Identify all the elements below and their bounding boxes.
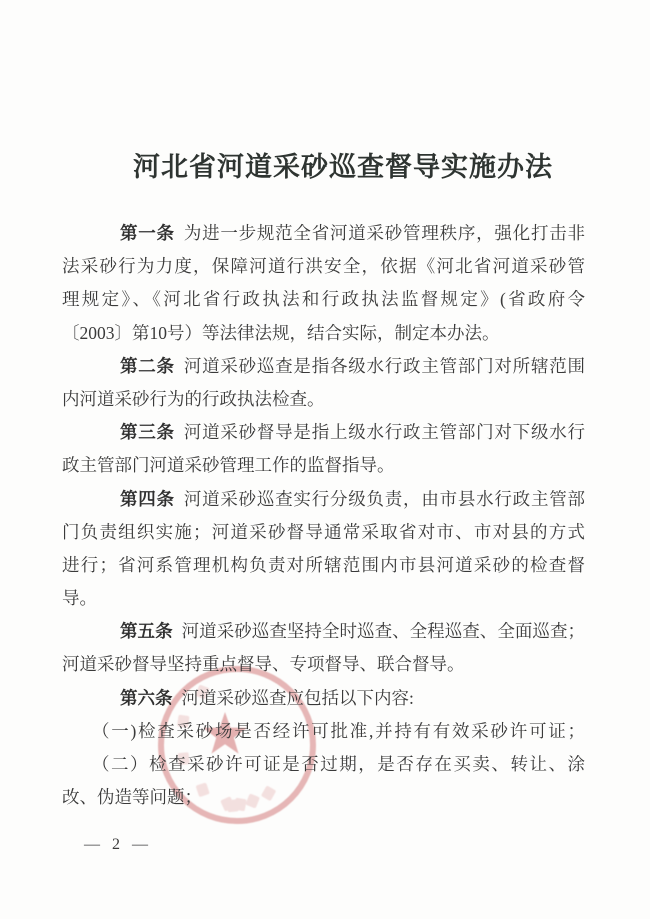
line-text: 政主管部门河道采砂管理工作的监督指导。 bbox=[62, 455, 395, 475]
text-line: 第四条河道采砂巡查实行分级负责，由市县水行政主管部 bbox=[62, 483, 585, 516]
line-text: 河道采砂督导坚持重点督导、专项督导、联合督导。 bbox=[62, 654, 465, 674]
line-text: 河道采砂巡查实行分级负责，由市县水行政主管部 bbox=[184, 489, 585, 509]
line-text: 内河道采砂行为的行政执法检查。 bbox=[62, 389, 325, 409]
article-number: 第三条 bbox=[120, 422, 175, 442]
line-text: 进行；省河系管理机构负责对所辖范围内市县河道采砂的检查督 bbox=[62, 555, 585, 575]
text-line: （二）检查采砂许可证是否过期，是否存在买卖、转让、涂 bbox=[62, 748, 585, 781]
article-number: 第二条 bbox=[120, 356, 175, 376]
text-line: 导。 bbox=[62, 582, 585, 615]
text-line: 门负责组织实施；河道采砂督导通常采取省对市、市对县的方式 bbox=[62, 516, 585, 549]
line-text: 〔2003〕第10号）等法律法规，结合实际，制定本办法。 bbox=[62, 323, 500, 343]
article-number: 第五条 bbox=[120, 621, 173, 641]
text-line: 法采砂行为力度，保障河道行洪安全，依据《河北省河道采砂管 bbox=[62, 250, 585, 283]
document-page: 河北省河道采砂巡查督导实施办法 第一条为进一步规范全省河道采砂管理秩序，强化打击… bbox=[0, 0, 650, 919]
document-title: 河北省河道采砂巡查督导实施办法 bbox=[18, 149, 650, 185]
text-line: 河道采砂督导坚持重点督导、专项督导、联合督导。 bbox=[62, 648, 585, 681]
text-line: 进行；省河系管理机构负责对所辖范围内市县河道采砂的检查督 bbox=[62, 549, 585, 582]
text-line: 第五条河道采砂巡查坚持全时巡查、全程巡查、全面巡查； bbox=[62, 615, 585, 648]
text-line: 改、伪造等问题； bbox=[62, 781, 585, 814]
text-line: 第三条河道采砂督导是指上级水行政主管部门对下级水行 bbox=[62, 416, 585, 449]
line-text: 河道采砂督导是指上级水行政主管部门对下级水行 bbox=[184, 422, 585, 442]
line-text: 门负责组织实施；河道采砂督导通常采取省对市、市对县的方式 bbox=[62, 522, 585, 542]
text-line: 理规定》、《河北省行政执法和行政执法监督规定》(省政府令 bbox=[62, 283, 585, 316]
line-text: 河道采砂巡查坚持全时巡查、全程巡查、全面巡查； bbox=[182, 621, 585, 641]
text-line: 内河道采砂行为的行政执法检查。 bbox=[62, 383, 585, 416]
line-text: 河道采砂巡查应包括以下内容: bbox=[182, 688, 414, 708]
line-text: 理规定》、《河北省行政执法和行政执法监督规定》(省政府令 bbox=[62, 289, 585, 309]
text-line: 第六条河道采砂巡查应包括以下内容: bbox=[62, 682, 585, 715]
line-text: （二）检查采砂许可证是否过期，是否存在买卖、转让、涂 bbox=[92, 754, 585, 774]
article-number: 第一条 bbox=[120, 223, 175, 243]
line-text: 河道采砂巡查是指各级水行政主管部门对所辖范围 bbox=[184, 356, 585, 376]
document-body: 第一条为进一步规范全省河道采砂管理秩序，强化打击非法采砂行为力度，保障河道行洪安… bbox=[62, 217, 585, 814]
text-line: 第一条为进一步规范全省河道采砂管理秩序，强化打击非 bbox=[62, 217, 585, 250]
line-text: 导。 bbox=[62, 588, 97, 608]
text-line: 第二条河道采砂巡查是指各级水行政主管部门对所辖范围 bbox=[62, 350, 585, 383]
line-text: 改、伪造等问题； bbox=[62, 787, 202, 807]
line-text: 法采砂行为力度，保障河道行洪安全，依据《河北省河道采砂管 bbox=[62, 256, 585, 276]
line-text: （一)检查采砂场是否经许可批准,并持有有效采砂许可证； bbox=[92, 721, 585, 741]
article-number: 第四条 bbox=[120, 489, 175, 509]
page-number: — 2 — bbox=[84, 836, 149, 854]
article-number: 第六条 bbox=[120, 688, 173, 708]
line-text: 为进一步规范全省河道采砂管理秩序，强化打击非 bbox=[184, 223, 585, 243]
text-line: 〔2003〕第10号）等法律法规，结合实际，制定本办法。 bbox=[62, 317, 585, 350]
text-line: （一)检查采砂场是否经许可批准,并持有有效采砂许可证； bbox=[62, 715, 585, 748]
text-line: 政主管部门河道采砂管理工作的监督指导。 bbox=[62, 449, 585, 482]
